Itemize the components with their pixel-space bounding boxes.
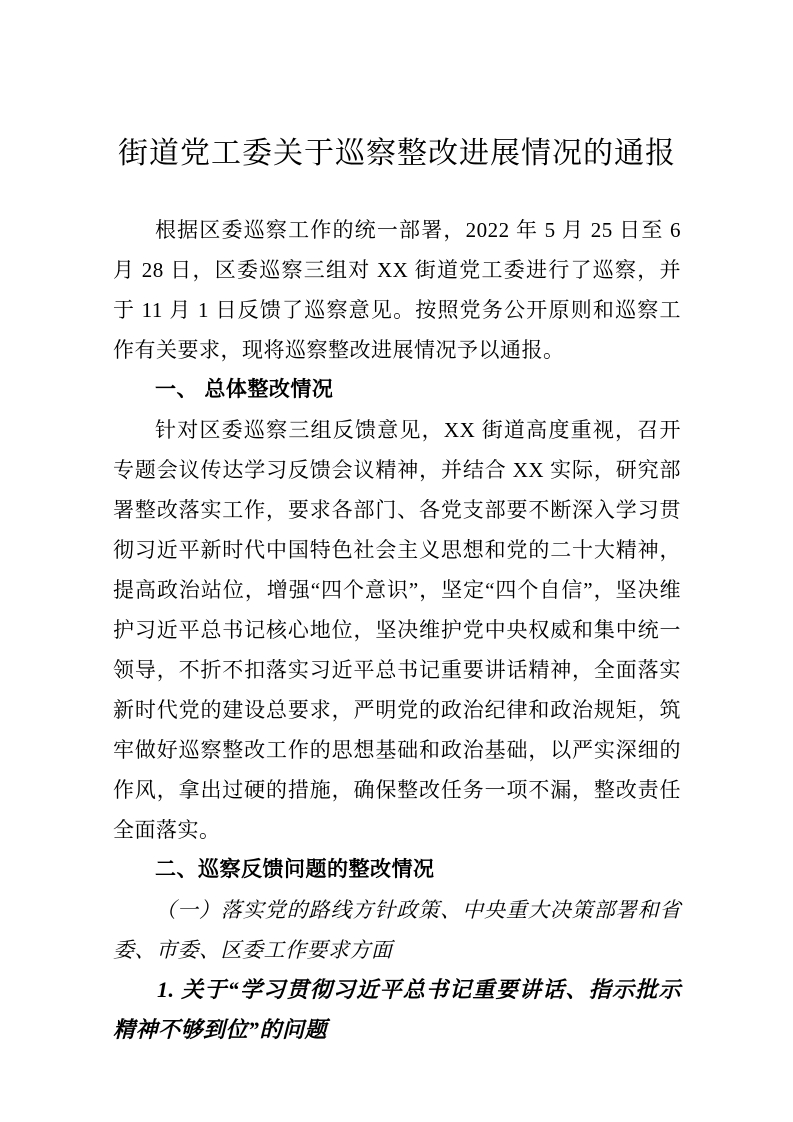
section-2-issue-1-heading: 1. 关于“学习贯彻习近平总书记重要讲话、指示批示精神不够到位”的问题 <box>113 970 681 1050</box>
section-2-heading: 二、巡察反馈问题的整改情况 <box>113 850 681 890</box>
section-2-subsection-1-heading: （一）落实党的路线方针政策、中央重大决策部署和省委、市委、区委工作要求方面 <box>113 890 681 970</box>
document-page: 街道党工委关于巡察整改进展情况的通报 根据区委巡察工作的统一部署，2022 年 … <box>0 0 793 1122</box>
section-1-heading: 一、 总体整改情况 <box>113 370 681 410</box>
document-title: 街道党工委关于巡察整改进展情况的通报 <box>113 130 681 178</box>
section-1-body-paragraph: 针对区委巡察三组反馈意见，XX 街道高度重视，召开专题会议传达学习反馈会议精神，… <box>113 410 681 850</box>
intro-paragraph: 根据区委巡察工作的统一部署，2022 年 5 月 25 日至 6 月 28 日，… <box>113 210 681 370</box>
